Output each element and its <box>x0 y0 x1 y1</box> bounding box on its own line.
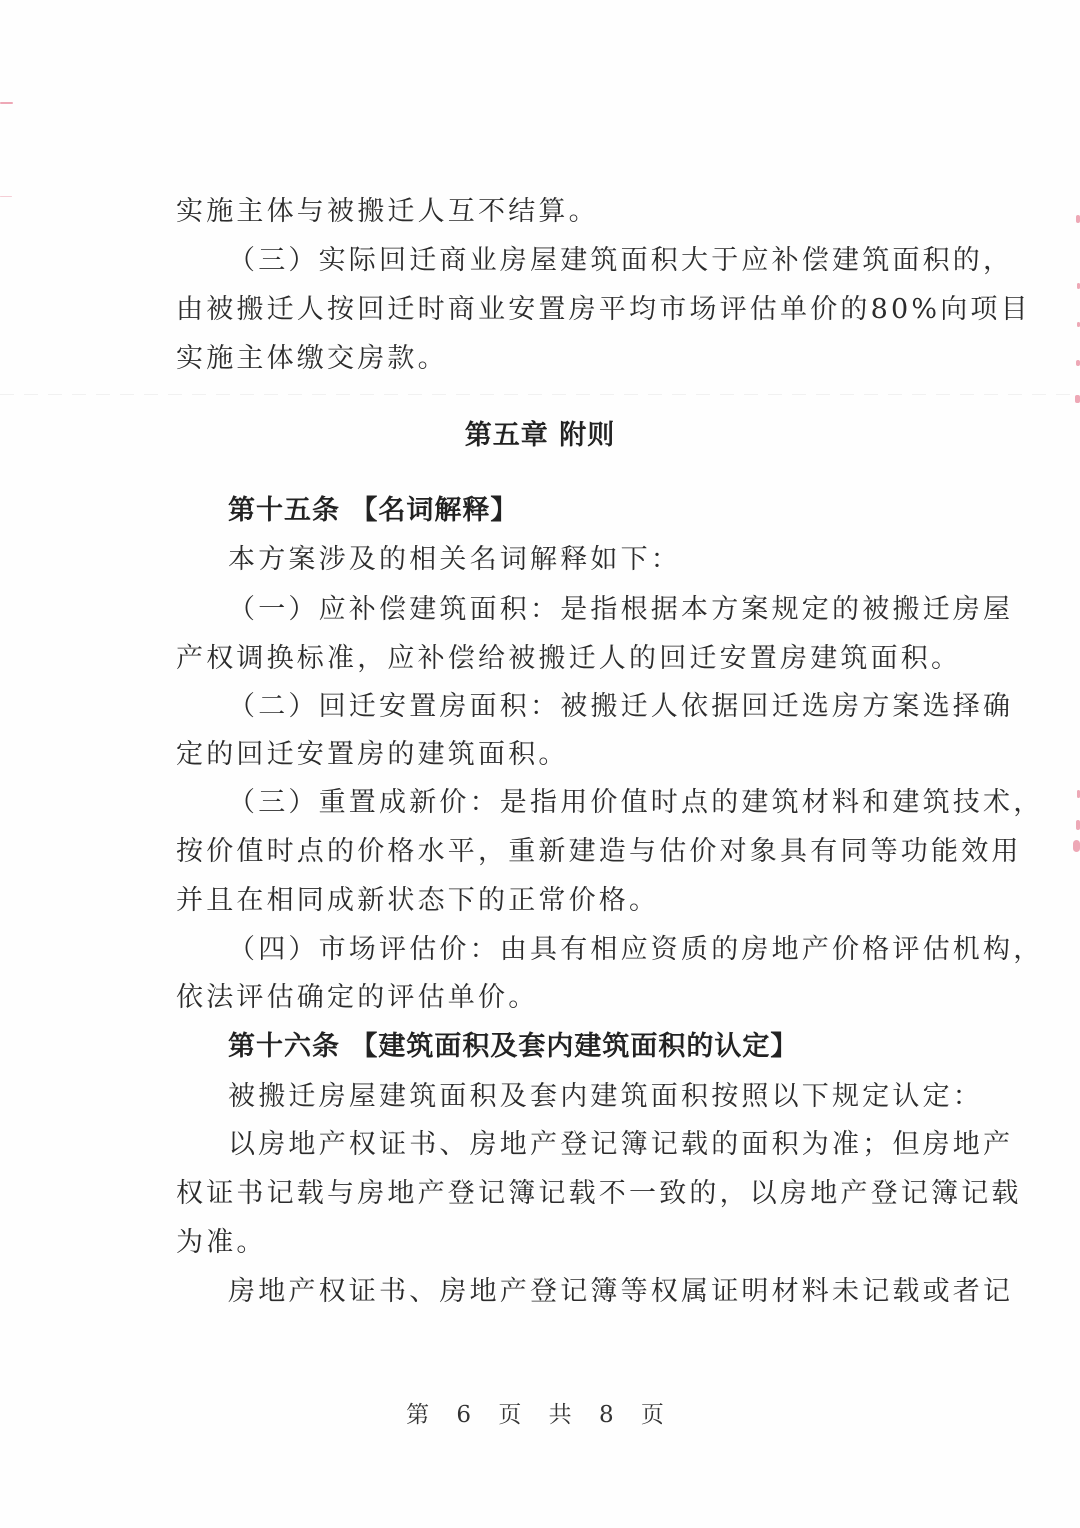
body-line: 房地产权证书、房地产登记簿等权属证明材料未记载或者记 <box>228 1276 1013 1308</box>
scan-fold-line <box>0 394 1080 395</box>
chapter-title: 第五章 附则 <box>0 420 1080 452</box>
definition-item: 定的回迁安置房的建筑面积。 <box>176 739 569 771</box>
definition-item: 依法评估确定的评估单价。 <box>176 982 538 1014</box>
definition-item: （二）回迁安置房面积：被搬迁人依据回迁选房方案选择确 <box>228 691 1013 723</box>
body-line: 为准。 <box>176 1227 267 1259</box>
article-16-intro: 被搬迁房屋建筑面积及套内建筑面积按照以下规定认定： <box>228 1081 983 1113</box>
article-15-title: 第十五条 【名词解释】 <box>228 495 518 527</box>
seal-fragment-left-mid <box>0 196 12 197</box>
body-line: 实施主体与被搬迁人互不结算。 <box>176 196 599 228</box>
body-line: 以房地产权证书、房地产登记簿记载的面积为准；但房地产 <box>228 1129 1013 1161</box>
definition-item: （一）应补偿建筑面积：是指根据本方案规定的被搬迁房屋 <box>228 594 1013 626</box>
seal-fragment-right-4 <box>1076 360 1080 366</box>
article-15-intro: 本方案涉及的相关名词解释如下： <box>228 544 681 576</box>
seal-fragment-right-1 <box>1076 215 1080 223</box>
definition-item: （三）重置成新价：是指用价值时点的建筑材料和建筑技术， <box>228 787 1043 819</box>
definition-item: （四）市场评估价：由具有相应资质的房地产价格评估机构， <box>228 934 1043 966</box>
definition-item: 产权调换标准，应补偿给被搬迁人的回迁安置房建筑面积。 <box>176 643 961 675</box>
seal-fragment-left-top <box>0 102 13 104</box>
seal-fragment-right-5 <box>1075 395 1080 403</box>
article-16-title: 第十六条 【建筑面积及套内建筑面积的认定】 <box>228 1031 798 1063</box>
seal-fragment-right-7 <box>1076 820 1080 830</box>
body-line: 实施主体缴交房款。 <box>176 343 448 375</box>
body-line: （三）实际回迁商业房屋建筑面积大于应补偿建筑面积的， <box>228 245 1013 277</box>
definition-item: 按价值时点的价格水平，重新建造与估价对象具有同等功能效用 <box>176 836 1022 868</box>
body-line: 权证书记载与房地产登记簿记载不一致的，以房地产登记簿记载 <box>176 1178 1022 1210</box>
document-page: 实施主体与被搬迁人互不结算。 （三）实际回迁商业房屋建筑面积大于应补偿建筑面积的… <box>0 0 1080 1528</box>
seal-fragment-right-8 <box>1073 840 1080 852</box>
body-line: 由被搬迁人按回迁时商业安置房平均市场评估单价的80%向项目 <box>176 294 1031 326</box>
definition-item: 并且在相同成新状态下的正常价格。 <box>176 885 659 917</box>
page-number: 第 6 页 共 8 页 <box>0 1396 1080 1429</box>
